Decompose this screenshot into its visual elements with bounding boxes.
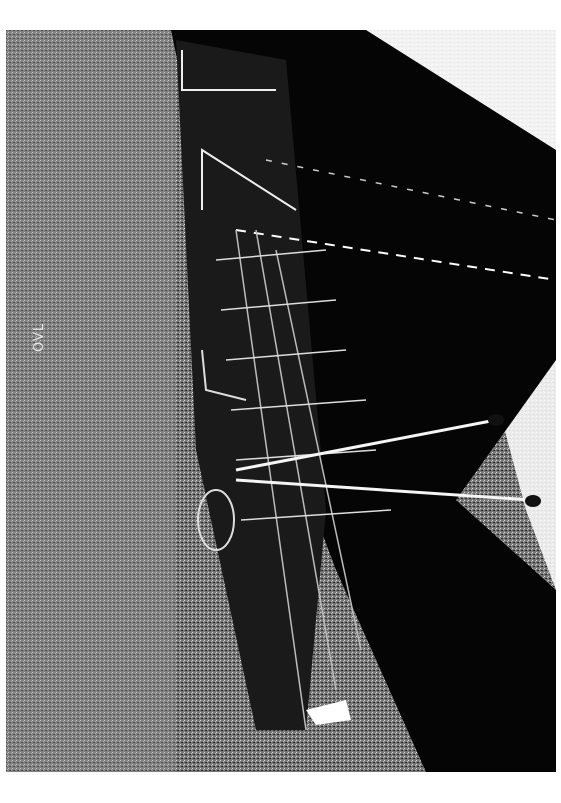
photo-caption-text: OVL — [32, 323, 47, 352]
bridge-photo — [6, 30, 556, 772]
photo-illustration — [6, 30, 556, 772]
